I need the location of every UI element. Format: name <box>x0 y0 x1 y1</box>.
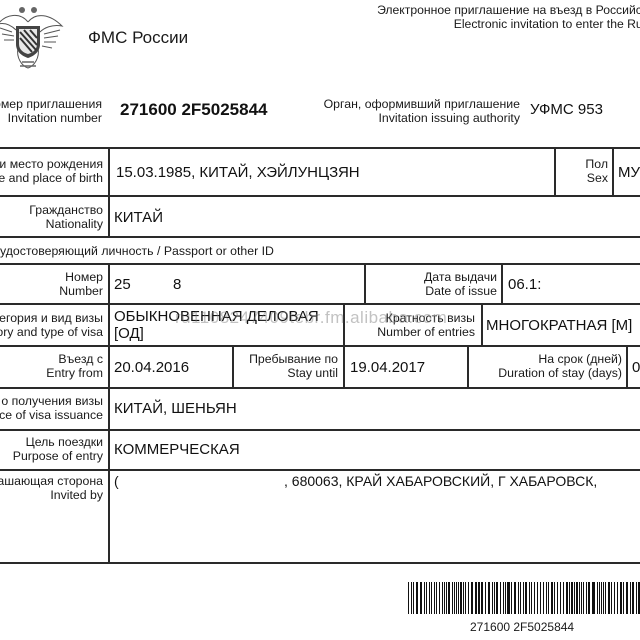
barcode-bar <box>546 582 547 614</box>
barcode-bar <box>552 582 553 614</box>
invited-by-value-part2: , 680063, КРАЙ ХАБАРОВСКИЙ, Г ХАБАРОВСК, <box>284 473 597 489</box>
barcode-bar <box>446 582 447 614</box>
visa-type-value: ОБЫКНОВЕННАЯ ДЕЛОВАЯ [ОД] <box>114 308 319 342</box>
barcode-bar <box>560 582 561 614</box>
barcode-icon <box>408 582 640 614</box>
passport-section-header: удостоверяющий личность / Passport or ot… <box>0 244 274 258</box>
barcode-bar <box>626 582 627 614</box>
barcode-bar <box>420 582 421 614</box>
nationality-value: КИТАЙ <box>114 209 163 226</box>
barcode-bar <box>597 582 598 614</box>
column-divider <box>108 147 110 237</box>
barcode-bar <box>569 582 570 614</box>
barcode-bar <box>458 582 459 614</box>
barcode-bar <box>592 582 593 614</box>
barcode-bar <box>603 582 604 614</box>
column-divider <box>232 345 234 389</box>
barcode-bar <box>514 582 515 614</box>
barcode-bar <box>505 582 506 614</box>
barcode-bar <box>636 582 637 614</box>
barcode-bar <box>424 582 425 614</box>
table-border <box>0 303 640 305</box>
barcode-bar <box>511 582 512 614</box>
barcode-bar <box>508 582 509 614</box>
passport-number-label: Номер Number <box>59 270 103 298</box>
barcode-bar <box>630 582 631 614</box>
column-divider <box>467 345 469 389</box>
duration-label: На срок (дней) Duration of stay (days) <box>498 352 622 380</box>
barcode-bar <box>448 582 449 614</box>
barcode-bar <box>543 582 544 614</box>
table-border <box>0 345 640 347</box>
barcode-bar <box>454 582 455 614</box>
barcode-bar <box>540 582 541 614</box>
barcode-bar <box>426 582 427 614</box>
barcode-bar <box>620 582 621 614</box>
barcode-bar <box>481 582 482 614</box>
barcode-bar <box>436 582 437 614</box>
nationality-label: Гражданство Nationality <box>29 203 103 231</box>
birth-label: и место рождения e and place of birth <box>0 157 103 185</box>
barcode-bar <box>500 582 501 614</box>
barcode-bar <box>574 582 575 614</box>
barcode-bar <box>523 582 524 614</box>
visa-place-label: о получения визы ce of visa issuance <box>0 394 103 422</box>
barcode-bar <box>489 582 490 614</box>
barcode-bar <box>605 582 606 614</box>
barcode-bar <box>471 582 472 614</box>
table-border <box>0 469 640 471</box>
purpose-value: КОММЕРЧЕСКАЯ <box>114 441 240 458</box>
barcode-bar <box>593 582 594 614</box>
barcode-bar <box>632 582 633 614</box>
stay-until-label: Пребывание по Stay until <box>249 352 338 380</box>
entries-value: МНОГОКРАТНАЯ [М] <box>486 317 632 334</box>
barcode-bar <box>563 582 564 614</box>
barcode-bar <box>586 582 587 614</box>
barcode-bar <box>456 582 457 614</box>
table-border <box>0 195 640 197</box>
barcode-bar <box>599 582 600 614</box>
invitation-number: 271600 2F5025844 <box>120 100 267 120</box>
barcode-bar <box>413 582 414 614</box>
invitation-number-label: омер приглашения Invitation number <box>0 97 102 125</box>
barcode-bar <box>503 582 504 614</box>
passport-number-part1: 25 <box>114 276 131 293</box>
barcode-bar <box>525 582 526 614</box>
barcode-bar <box>416 582 417 614</box>
barcode-bar <box>507 582 508 614</box>
barcode-bar <box>411 582 412 614</box>
column-divider <box>554 147 556 197</box>
entries-label: Кратность визы Number of entries <box>377 311 475 339</box>
barcode-bar <box>583 582 584 614</box>
document-title-ru: Электронное приглашение на въезд в Росси… <box>377 3 640 17</box>
column-divider <box>626 345 628 389</box>
barcode-bar <box>529 582 530 614</box>
barcode-bar <box>460 582 461 614</box>
barcode-bar <box>566 582 567 614</box>
barcode-bar <box>601 582 602 614</box>
column-divider <box>343 345 345 389</box>
barcode-bar <box>617 582 618 614</box>
barcode-bar <box>421 582 422 614</box>
column-divider <box>108 263 110 564</box>
passport-number-part2: 8 <box>173 276 181 293</box>
barcode-bar <box>485 582 486 614</box>
issuing-authority-label: Орган, оформивший приглашение Invitation… <box>324 97 520 125</box>
table-border <box>0 147 640 149</box>
entry-from-label: Въезд с Entry from <box>46 352 103 380</box>
document-title-en: Electronic invitation to enter the Russi… <box>377 17 640 31</box>
barcode-bar <box>623 582 624 614</box>
column-divider <box>343 303 345 347</box>
table-border <box>0 429 640 431</box>
table-border <box>0 562 640 564</box>
barcode-bar <box>579 582 580 614</box>
barcode-bar <box>434 582 435 614</box>
barcode-bar <box>431 582 432 614</box>
issue-date-label: Дата выдачи Date of issue <box>424 270 497 298</box>
barcode-bar <box>478 582 479 614</box>
barcode-bar <box>534 582 535 614</box>
barcode-bar <box>408 582 409 614</box>
barcode-bar <box>518 582 519 614</box>
column-divider <box>481 303 483 347</box>
barcode-bar <box>611 582 612 614</box>
barcode-bar <box>554 582 555 614</box>
sex-value: МУ <box>618 164 640 181</box>
barcode-bar <box>576 582 577 614</box>
organization-name: ФМС России <box>88 28 188 48</box>
visa-place-value: КИТАЙ, ШЕНЬЯН <box>114 400 237 417</box>
barcode-bar <box>475 582 476 614</box>
table-border <box>0 387 640 389</box>
invited-by-value-part1: ( <box>114 473 119 489</box>
barcode-bar <box>439 582 440 614</box>
barcode-bar <box>494 582 495 614</box>
barcode-bar <box>444 582 445 614</box>
barcode-bar <box>548 582 549 614</box>
birth-value: 15.03.1985, КИТАЙ, ХЭЙЛУНЦЗЯН <box>116 164 360 181</box>
column-divider <box>501 263 503 305</box>
barcode-bar <box>557 582 558 614</box>
barcode-bar <box>463 582 464 614</box>
entry-from-value: 20.04.2016 <box>114 359 189 376</box>
barcode-bar <box>429 582 430 614</box>
purpose-label: Цель поездки Purpose of entry <box>13 435 103 463</box>
issue-date-value: 06.1: <box>508 276 541 293</box>
barcode-number: 271600 2F5025844 <box>470 620 574 634</box>
table-border <box>0 263 640 265</box>
barcode-bar <box>551 582 552 614</box>
column-divider <box>364 263 366 305</box>
barcode-bar <box>581 582 582 614</box>
barcode-bar <box>614 582 615 614</box>
visa-type-label: егория и вид визы ory and type of visa <box>0 311 103 339</box>
table-border <box>0 236 640 238</box>
issuing-authority: УФМС 953 <box>530 101 603 118</box>
barcode-bar <box>468 582 469 614</box>
barcode-bar <box>492 582 493 614</box>
barcode-bar <box>520 582 521 614</box>
column-divider <box>612 147 614 197</box>
invited-by-label: ашающая сторона Invited by <box>0 474 103 502</box>
barcode-bar <box>452 582 453 614</box>
barcode-bar <box>638 582 639 614</box>
barcode-bar <box>588 582 589 614</box>
barcode-bar <box>442 582 443 614</box>
barcode-bar <box>482 582 483 614</box>
barcode-bar <box>608 582 609 614</box>
double-headed-eagle-emblem-icon <box>0 2 64 74</box>
barcode-bar <box>531 582 532 614</box>
stay-until-value: 19.04.2017 <box>350 359 425 376</box>
barcode-bar <box>488 582 489 614</box>
barcode-bar <box>537 582 538 614</box>
barcode-bar <box>465 582 466 614</box>
document-title: Электронное приглашение на въезд в Росси… <box>377 3 640 31</box>
sex-label: Пол Sex <box>585 157 608 185</box>
barcode-bar <box>571 582 572 614</box>
barcode-bar <box>476 582 477 614</box>
duration-value: 0 <box>632 359 640 376</box>
barcode-bar <box>496 582 497 614</box>
